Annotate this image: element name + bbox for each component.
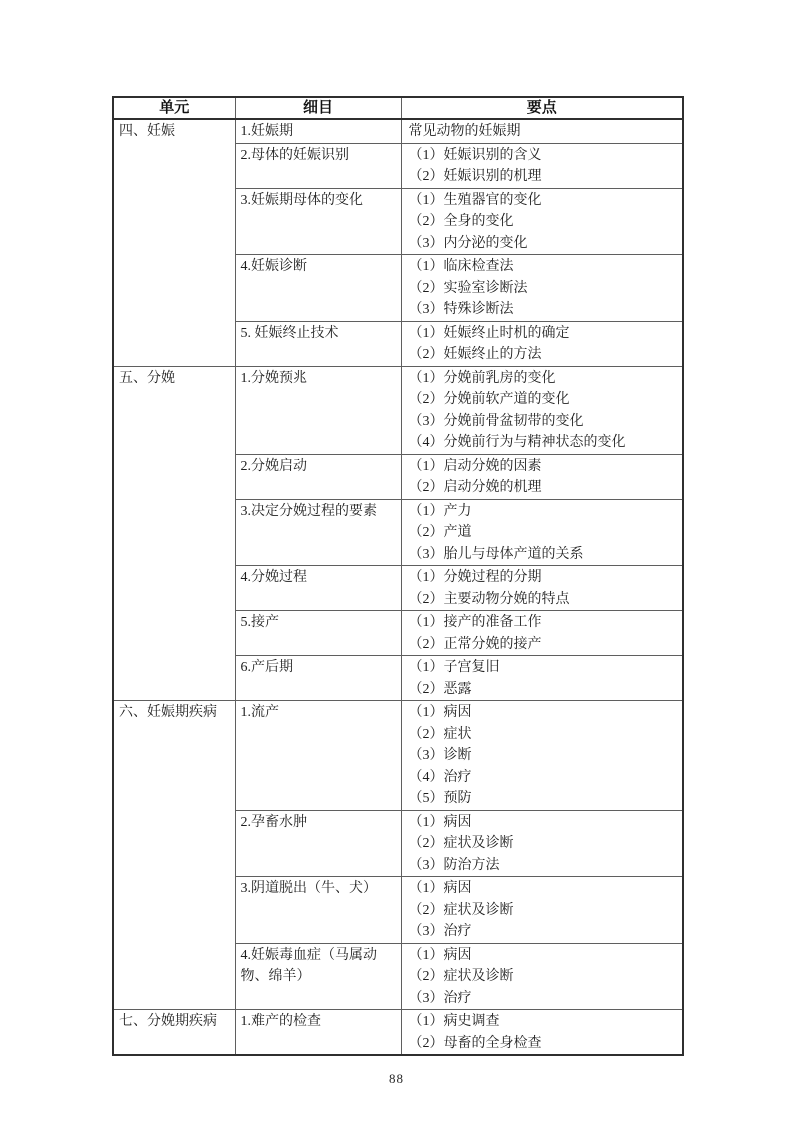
point-line: （2）正常分娩的接产 <box>409 634 679 656</box>
unit-cell: 五、分娩 <box>113 366 235 701</box>
point-line: （1）病因 <box>409 878 679 900</box>
point-line: （2）症状及诊断 <box>409 900 679 922</box>
detail-cell: 2.分娩启动 <box>235 454 401 499</box>
point-line: （1）病因 <box>409 812 679 834</box>
point-line: （1）子宫复旧 <box>409 657 679 679</box>
table-body: 四、妊娠1.妊娠期常见动物的妊娠期2.母体的妊娠识别（1）妊娠识别的含义（2）妊… <box>113 119 683 1055</box>
detail-cell: 3.阴道脱出（牛、犬） <box>235 877 401 944</box>
syllabus-table: 单元 细目 要点 四、妊娠1.妊娠期常见动物的妊娠期2.母体的妊娠识别（1）妊娠… <box>112 96 684 1056</box>
point-line: （4）治疗 <box>409 767 679 789</box>
detail-cell: 3.妊娠期母体的变化 <box>235 188 401 255</box>
points-cell: （1）病史调查（2）母畜的全身检查 <box>401 1010 683 1056</box>
point-line: （3）胎儿与母体产道的关系 <box>409 544 679 566</box>
point-line: （2）症状 <box>409 724 679 746</box>
points-cell: （1）妊娠终止时机的确定（2）妊娠终止的方法 <box>401 321 683 366</box>
point-line: （2）恶露 <box>409 679 679 701</box>
header-row: 单元 细目 要点 <box>113 97 683 119</box>
detail-cell: 6.产后期 <box>235 656 401 701</box>
point-line: （2）妊娠终止的方法 <box>409 344 679 366</box>
points-cell: （1）分娩前乳房的变化（2）分娩前软产道的变化（3）分娩前骨盆韧带的变化（4）分… <box>401 366 683 454</box>
points-cell: （1）妊娠识别的含义（2）妊娠识别的机理 <box>401 143 683 188</box>
points-cell: （1）接产的准备工作（2）正常分娩的接产 <box>401 611 683 656</box>
points-cell: （1）子宫复旧（2）恶露 <box>401 656 683 701</box>
point-line: （2）实验室诊断法 <box>409 278 679 300</box>
points-cell: （1）病因（2）症状及诊断（3）治疗 <box>401 877 683 944</box>
unit-cell: 七、分娩期疾病 <box>113 1010 235 1056</box>
detail-cell: 1.流产 <box>235 701 401 811</box>
point-line: （3）防治方法 <box>409 855 679 877</box>
points-cell: 常见动物的妊娠期 <box>401 119 683 143</box>
point-line: （2）全身的变化 <box>409 211 679 233</box>
column-header-detail: 细目 <box>235 97 401 119</box>
detail-cell: 2.母体的妊娠识别 <box>235 143 401 188</box>
point-line: （3）诊断 <box>409 745 679 767</box>
point-line: （2）产道 <box>409 522 679 544</box>
point-line: （2）母畜的全身检查 <box>409 1033 679 1055</box>
table-row: 四、妊娠1.妊娠期常见动物的妊娠期 <box>113 119 683 143</box>
points-cell: （1）病因（2）症状及诊断（3）治疗 <box>401 943 683 1010</box>
detail-cell: 3.决定分娩过程的要素 <box>235 499 401 566</box>
point-line: （1）启动分娩的因素 <box>409 456 679 478</box>
page-number: 88 <box>0 1071 793 1087</box>
points-cell: （1）启动分娩的因素（2）启动分娩的机理 <box>401 454 683 499</box>
point-line: （2）启动分娩的机理 <box>409 477 679 499</box>
point-line: （2）主要动物分娩的特点 <box>409 589 679 611</box>
points-cell: （1）病因（2）症状及诊断（3）防治方法 <box>401 810 683 877</box>
point-line: （1）临床检查法 <box>409 256 679 278</box>
detail-cell: 1.妊娠期 <box>235 119 401 143</box>
column-header-unit: 单元 <box>113 97 235 119</box>
detail-cell: 2.孕畜水肿 <box>235 810 401 877</box>
point-line: （1）分娩过程的分期 <box>409 567 679 589</box>
point-line: （1）病因 <box>409 945 679 967</box>
point-line: （1）病史调查 <box>409 1011 679 1033</box>
point-line: （5）预防 <box>409 788 679 810</box>
detail-cell: 5. 妊娠终止技术 <box>235 321 401 366</box>
point-line: （2）症状及诊断 <box>409 833 679 855</box>
detail-cell: 1.难产的检查 <box>235 1010 401 1056</box>
points-cell: （1）产力（2）产道（3）胎儿与母体产道的关系 <box>401 499 683 566</box>
point-line: （1）病因 <box>409 702 679 724</box>
point-line: （4）分娩前行为与精神状态的变化 <box>409 432 679 454</box>
table-row: 五、分娩1.分娩预兆（1）分娩前乳房的变化（2）分娩前软产道的变化（3）分娩前骨… <box>113 366 683 454</box>
detail-cell: 4.妊娠毒血症（马属动物、绵羊） <box>235 943 401 1010</box>
point-line: （2）妊娠识别的机理 <box>409 166 679 188</box>
point-line: （3）特殊诊断法 <box>409 299 679 321</box>
detail-cell: 4.分娩过程 <box>235 566 401 611</box>
point-line: （1）接产的准备工作 <box>409 612 679 634</box>
points-cell: （1）分娩过程的分期（2）主要动物分娩的特点 <box>401 566 683 611</box>
points-cell: （1）临床检查法（2）实验室诊断法（3）特殊诊断法 <box>401 255 683 322</box>
point-line: （1）妊娠识别的含义 <box>409 145 679 167</box>
point-line: （3）内分泌的变化 <box>409 233 679 255</box>
point-line: （2）症状及诊断 <box>409 966 679 988</box>
table-row: 七、分娩期疾病1.难产的检查（1）病史调查（2）母畜的全身检查 <box>113 1010 683 1056</box>
point-line: （1）产力 <box>409 501 679 523</box>
detail-cell: 5.接产 <box>235 611 401 656</box>
table-row: 六、妊娠期疾病1.流产（1）病因（2）症状（3）诊断（4）治疗（5）预防 <box>113 701 683 811</box>
point-line: （3）治疗 <box>409 988 679 1010</box>
point-line: （1）妊娠终止时机的确定 <box>409 323 679 345</box>
point-line: （2）分娩前软产道的变化 <box>409 389 679 411</box>
document-page: 单元 细目 要点 四、妊娠1.妊娠期常见动物的妊娠期2.母体的妊娠识别（1）妊娠… <box>0 0 793 1122</box>
points-cell: （1）病因（2）症状（3）诊断（4）治疗（5）预防 <box>401 701 683 811</box>
point-line: （3）分娩前骨盆韧带的变化 <box>409 411 679 433</box>
unit-cell: 四、妊娠 <box>113 119 235 366</box>
point-line: （1）生殖器官的变化 <box>409 190 679 212</box>
unit-cell: 六、妊娠期疾病 <box>113 701 235 1010</box>
point-line: 常见动物的妊娠期 <box>409 121 679 143</box>
points-cell: （1）生殖器官的变化（2）全身的变化（3）内分泌的变化 <box>401 188 683 255</box>
detail-cell: 1.分娩预兆 <box>235 366 401 454</box>
point-line: （1）分娩前乳房的变化 <box>409 368 679 390</box>
column-header-points: 要点 <box>401 97 683 119</box>
detail-cell: 4.妊娠诊断 <box>235 255 401 322</box>
point-line: （3）治疗 <box>409 921 679 943</box>
